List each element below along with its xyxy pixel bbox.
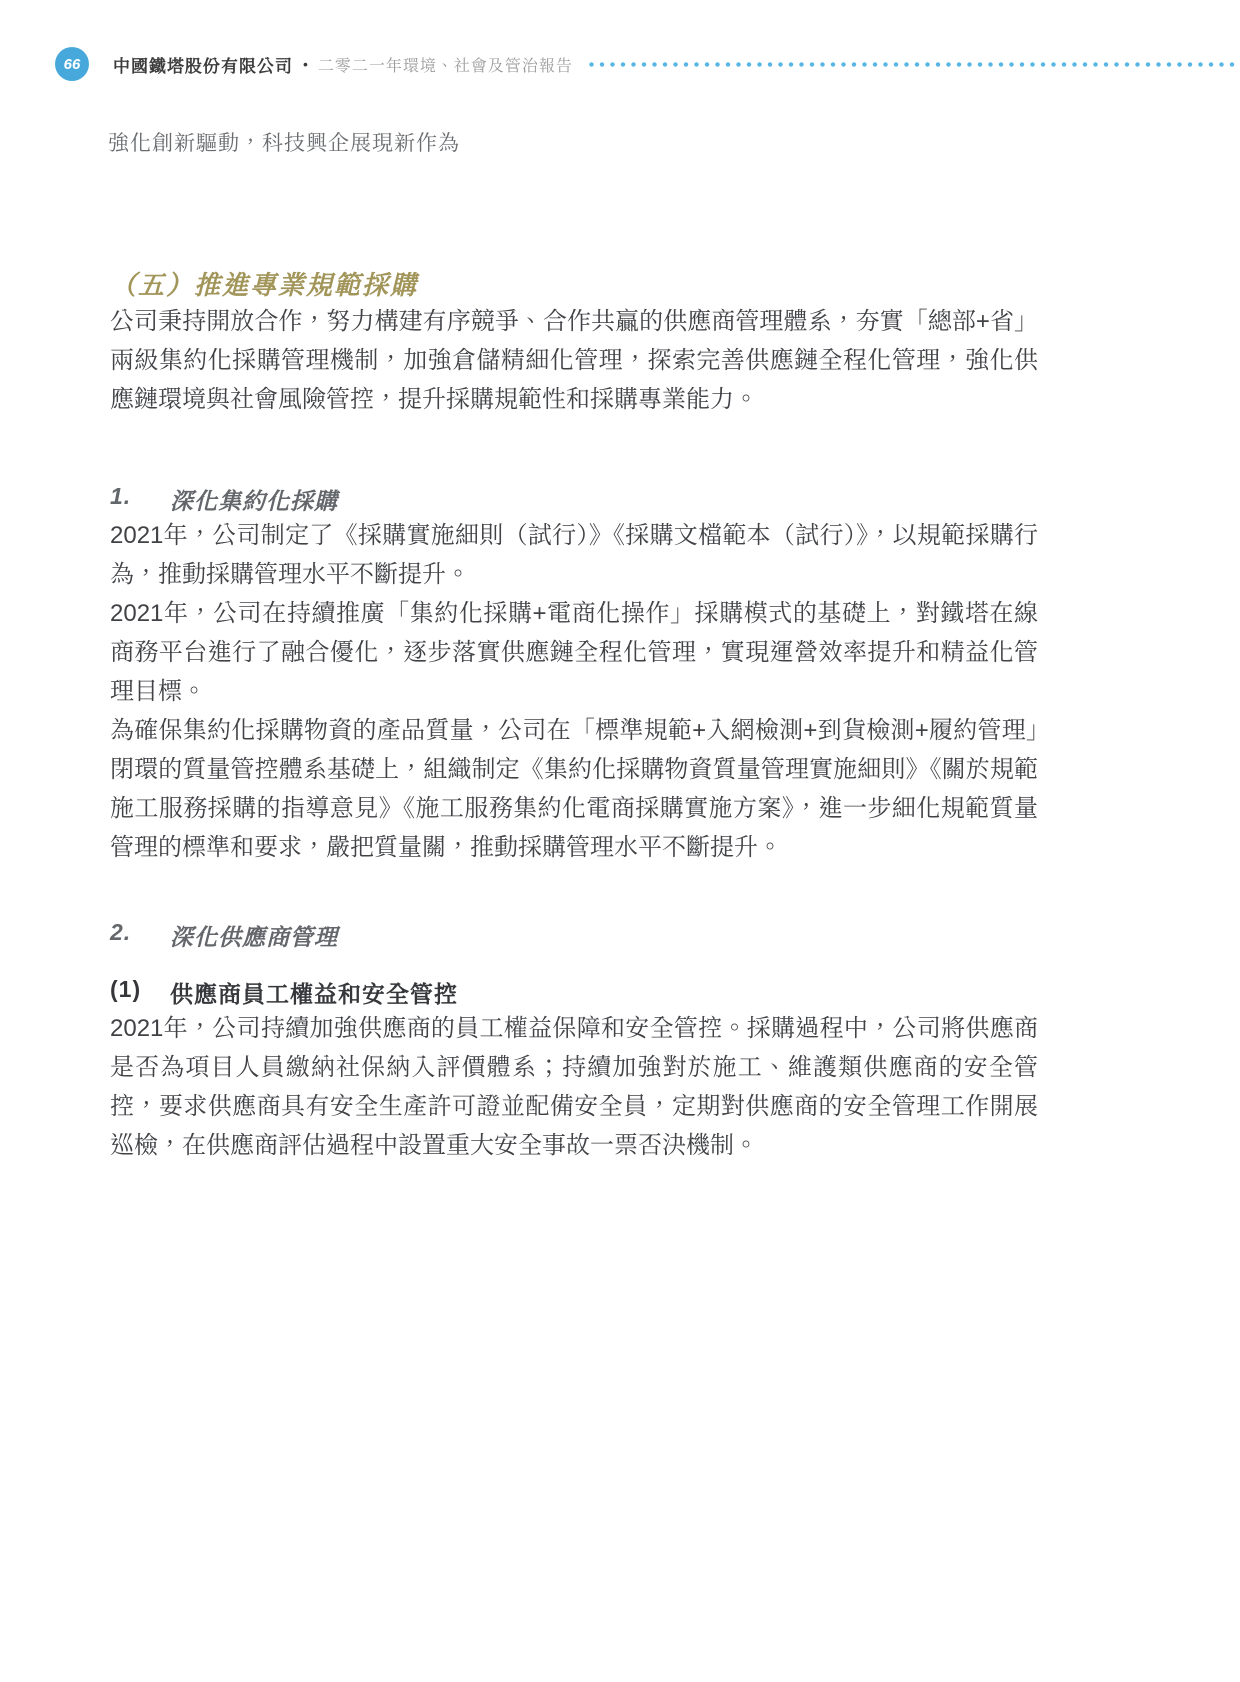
subsection-1-paragraph-2: 2021年，公司在持續推廣「集約化採購+電商化操作」採購模式的基礎上，對鐵塔在線…	[110, 594, 1038, 711]
section-title: （五）推進專業規範採購	[110, 265, 1038, 302]
subsection-2-number: 2.	[110, 919, 170, 952]
subsection-1-title: 深化集約化採購	[170, 483, 338, 516]
subsection-1-number: 1.	[110, 483, 170, 516]
subsection-1-heading: 1. 深化集約化採購	[110, 483, 1038, 516]
report-page: 66 中國鐵塔股份有限公司 • 二零二一年環境、社會及管治報告 強化創新驅動，科…	[0, 0, 1240, 1682]
report-title: 二零二一年環境、社會及管治報告	[318, 53, 573, 76]
page-header: 66 中國鐵塔股份有限公司 • 二零二一年環境、社會及管治報告	[0, 0, 1240, 81]
header-dotted-line	[589, 62, 1240, 67]
subsection-1-paragraph-3: 為確保集約化採購物資的產品質量，公司在「標準規範+入網檢測+到貨檢測+履約管理」…	[110, 711, 1038, 867]
header-separator-dot: •	[303, 56, 308, 72]
item-1-title: 供應商員工權益和安全管控	[170, 976, 458, 1009]
company-name: 中國鐵塔股份有限公司	[113, 52, 293, 77]
subsection-2-item-1-paragraph: 2021年，公司持續加強供應商的員工權益保障和安全管控。採購過程中，公司將供應商…	[110, 1009, 1038, 1165]
subsection-1-paragraph-1: 2021年，公司制定了《採購實施細則（試行）》《採購文檔範本（試行）》，以規範採…	[110, 516, 1038, 594]
subsection-2-title: 深化供應商管理	[170, 919, 338, 952]
item-1-number: (1)	[110, 976, 170, 1009]
page-content: （五）推進專業規範採購 公司秉持開放合作，努力構建有序競爭、合作共贏的供應商管理…	[110, 265, 1038, 1165]
subsection-2-heading: 2. 深化供應商管理	[110, 919, 1038, 952]
subsection-2-item-1-heading: (1) 供應商員工權益和安全管控	[110, 976, 1038, 1009]
running-header-text: 中國鐵塔股份有限公司 • 二零二一年環境、社會及管治報告	[113, 52, 573, 77]
chapter-subtitle: 強化創新驅動，科技興企展現新作為	[108, 127, 1240, 157]
section-intro-paragraph: 公司秉持開放合作，努力構建有序競爭、合作共贏的供應商管理體系，夯實「總部+省」兩…	[110, 302, 1038, 419]
page-number-badge: 66	[55, 47, 89, 81]
